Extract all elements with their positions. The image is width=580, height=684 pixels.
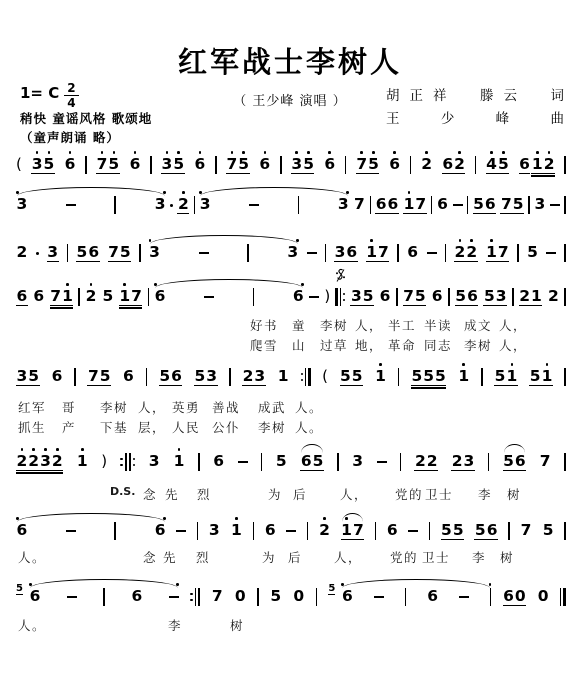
music-line-3: 235675333617622175 (16, 244, 566, 262)
octave-dot (408, 191, 411, 194)
note-group: 6 (341, 588, 353, 605)
repeat-begin-sign (335, 288, 345, 306)
repeat-both-sign (120, 453, 135, 471)
note: 5 (411, 368, 423, 385)
note-group: 2 (85, 288, 97, 305)
repeat-dot (133, 464, 135, 466)
note-group: 3 (199, 196, 211, 213)
barline (410, 156, 412, 174)
note: 3 (149, 244, 161, 261)
lyric-syllable: 过草 (320, 336, 348, 354)
barline (481, 368, 483, 386)
barline (564, 196, 566, 214)
note: 5 (542, 522, 554, 539)
dash (176, 530, 186, 532)
note: 5 (473, 196, 485, 213)
slur-arc (150, 235, 298, 244)
note: 1 (76, 453, 88, 470)
lyric-syllable: 后 (288, 548, 302, 566)
note-group: 6 (431, 288, 443, 305)
note: 2 (16, 453, 28, 470)
note: 5 (76, 244, 88, 261)
octave-dot (425, 151, 428, 154)
lyric-syllable: 念 (143, 548, 157, 566)
note: 1 (375, 368, 387, 385)
note-group: 3 (534, 196, 546, 213)
note: 3 (287, 244, 299, 261)
note: 5 (351, 368, 363, 385)
lyric-syllable: 卫士 (425, 485, 453, 503)
barline (261, 453, 263, 471)
lyric-row: 抓生产下基层，人民公仆李树人。 (16, 418, 580, 434)
note-group: 35 (161, 156, 185, 174)
note-group: 7 (539, 453, 551, 470)
note-group: 75 (403, 288, 427, 306)
note: 5 (529, 368, 541, 385)
octave-dot (264, 151, 267, 154)
barline (475, 156, 477, 174)
repeat-dots (120, 453, 122, 471)
note: 2 (466, 244, 478, 261)
note: 7 (520, 522, 532, 539)
note-group: 7 (520, 522, 532, 539)
note: 7 (497, 244, 509, 261)
segno-icon (335, 268, 346, 283)
lyric-syllable: 人， (499, 336, 527, 354)
note-group: 3 (208, 522, 220, 539)
barline (345, 156, 347, 174)
note-group: 1 (458, 368, 470, 385)
slur: 66 (16, 522, 166, 540)
lyric-syllable: 人， (340, 485, 368, 503)
note: 5 (340, 368, 352, 385)
octave-dot (69, 151, 72, 154)
music-line-7: 663162176555675 (16, 522, 566, 540)
note: 1 (458, 368, 470, 385)
lyric-syllable: 公仆 (212, 418, 240, 436)
note: 2 (421, 156, 433, 173)
dash (286, 530, 296, 532)
note: 2 (543, 156, 555, 173)
note: 5 (99, 368, 111, 385)
note-group: 75 (108, 244, 132, 262)
dash (67, 596, 77, 598)
note: 2 (519, 288, 531, 305)
octave-dot (177, 151, 180, 154)
slur: 33 (149, 244, 299, 262)
note: 5 (108, 156, 120, 173)
note: 5 (194, 368, 206, 385)
note: 6 (486, 522, 498, 539)
key-signature: 1= C 2 4 (20, 84, 79, 109)
note-group: 3 (148, 453, 160, 470)
lyric-syllable: 李 (168, 616, 182, 634)
note: 1 (486, 244, 498, 261)
note: 6 (379, 288, 391, 305)
note-group: 6 (389, 156, 401, 173)
dash (307, 252, 317, 254)
note: 3 (154, 196, 166, 213)
dash (374, 596, 384, 598)
note-group: 6 (123, 368, 135, 385)
octave-dot (166, 151, 169, 154)
note-group: 56 (159, 368, 183, 386)
note: 2 (177, 196, 189, 213)
note: 6 (213, 453, 225, 470)
note: 1 (366, 244, 378, 261)
lyric-syllable: 念 (143, 485, 157, 503)
note-group: 2 (16, 244, 28, 261)
note: 3 (334, 244, 346, 261)
note: 5 (312, 453, 324, 470)
credits-block: 胡正祥 滕云 词 王 少 峰 曲 (386, 84, 564, 130)
note: 3 (148, 453, 160, 470)
octave-dot (66, 283, 69, 286)
meter-denominator: 4 (64, 96, 78, 109)
barline (337, 453, 339, 471)
lyric-syllable: 人， (334, 548, 362, 566)
note: 3 (16, 196, 28, 213)
lyric-syllable: 人。 (295, 418, 323, 436)
lyric-syllable: 为 (262, 548, 276, 566)
note-group: 6 (33, 288, 45, 305)
note-group: 6 (131, 588, 143, 605)
note-group: 45 (486, 156, 510, 174)
lyric-syllable: 人。 (18, 548, 46, 566)
dash (377, 461, 387, 463)
lyric-syllable: 李 (478, 485, 492, 503)
note-group: 1 (375, 368, 387, 385)
slur-arc (17, 187, 165, 196)
barline (398, 368, 400, 386)
note: 5 (28, 368, 40, 385)
music-line-2: 3323376617656753 (16, 196, 566, 214)
note-group: 71 (50, 288, 74, 306)
lyric-syllable: 半工 (388, 316, 416, 334)
note-group: 555 (411, 368, 446, 386)
note: 0 (293, 588, 305, 605)
note-group: 6 (29, 588, 41, 605)
slur: 33 (199, 196, 349, 214)
music-line-1: (35675635675635675626245612 (16, 156, 566, 174)
lyric-syllable: 后 (293, 485, 307, 503)
octave-dot (323, 517, 326, 520)
barline (448, 288, 450, 306)
note: 5 (441, 522, 453, 539)
note: 6 (171, 368, 183, 385)
lyric-syllable: 成文 (464, 316, 492, 334)
slur-arc (155, 279, 303, 288)
note-group: 36 (334, 244, 358, 262)
note-group: 6 (194, 156, 206, 173)
octave-dot (372, 151, 375, 154)
note: 5 (414, 288, 426, 305)
note: 2 (454, 244, 466, 261)
note: 5 (303, 156, 315, 173)
note: 5 (362, 288, 374, 305)
note-group: 21 (519, 288, 543, 306)
octave-dot (182, 191, 185, 194)
note-group: 6 (64, 156, 76, 173)
barline (375, 522, 377, 540)
note: 6 (33, 288, 45, 305)
lyric-row: 红军哥李树人，英勇善战成武人。 (16, 398, 580, 414)
note: 0 (234, 588, 246, 605)
dash (238, 461, 248, 463)
note: 6 (123, 368, 135, 385)
lyric-syllable: 英勇 (172, 398, 200, 416)
note: 6 (346, 244, 358, 261)
meter-numerator: 2 (64, 82, 78, 96)
note-group: 6 (324, 156, 336, 173)
barline (490, 588, 492, 606)
note: 7 (131, 288, 143, 305)
note: 6 (484, 196, 496, 213)
note-group: 5 (542, 522, 554, 539)
repeat-dot (190, 599, 192, 601)
note-group: 65 (300, 453, 324, 471)
slur: 66 (29, 588, 179, 606)
dash (199, 252, 209, 254)
beam-group: 612 (519, 156, 555, 174)
note-group: 6 (292, 288, 304, 305)
note-group: 6 (154, 522, 166, 539)
note: 6 (427, 588, 439, 605)
slur-arc (200, 187, 348, 196)
barline (247, 244, 249, 262)
note-group: 5 (270, 588, 282, 605)
note-group: 3 (149, 244, 161, 261)
note: 5 (435, 368, 447, 385)
note-group: 6 (407, 244, 419, 261)
note: 5 (474, 522, 486, 539)
note: 5 (368, 156, 380, 173)
note: 6 (29, 588, 41, 605)
note: 2 (454, 156, 466, 173)
note-group: 60 (503, 588, 527, 606)
barline (229, 368, 231, 386)
composer-credit: 王 少 峰 曲 (386, 107, 564, 130)
note-group: 17 (341, 522, 365, 540)
note-group: 3 (47, 244, 59, 262)
lyric-syllable: 李树 (100, 398, 128, 416)
note: 2 (414, 453, 426, 470)
barline (429, 522, 431, 540)
repeat-dot (120, 458, 122, 460)
slur: 17 (341, 522, 365, 540)
dash (66, 204, 76, 206)
note-group: 75 (500, 196, 524, 214)
lyric-syllable: 李 (472, 548, 486, 566)
note: 7 (96, 156, 108, 173)
octave-dot (32, 448, 35, 451)
slur-arc (17, 513, 165, 522)
note-group: 6 (427, 588, 439, 605)
note: 7 (415, 196, 427, 213)
note: 6 (51, 368, 63, 385)
music-line-4: 6671251766)3567565653212 (16, 288, 566, 306)
note: 1 (62, 288, 74, 305)
barline (74, 368, 76, 386)
note: 7 (500, 196, 512, 213)
note: 3 (534, 196, 546, 213)
music-line-6: 22321)31656532223567 (16, 453, 566, 471)
note: 5 (119, 244, 131, 261)
note-group: 35 (350, 288, 374, 306)
barline (564, 453, 566, 471)
lyric-syllable: 抓生 (18, 418, 46, 436)
note: 2 (547, 288, 559, 305)
note: 3 (199, 196, 211, 213)
note-group: 75 (96, 156, 120, 174)
note: 1 (119, 288, 131, 305)
octave-dot (48, 151, 51, 154)
lyric-syllable: 成武 (258, 398, 286, 416)
barline (139, 244, 141, 262)
text-token: ( (322, 368, 328, 385)
note: 1 (531, 288, 543, 305)
note: 5 (497, 156, 509, 173)
barline (103, 588, 105, 606)
note-group: 2232 (16, 453, 63, 471)
note-group: 23 (451, 453, 475, 471)
time-signature: 2 4 (64, 82, 78, 109)
note: 5 (494, 368, 506, 385)
note: 3 (208, 522, 220, 539)
lyric-syllable: 童 (292, 316, 306, 334)
repeat-dot (133, 458, 135, 460)
barline (564, 288, 566, 306)
octave-dot (36, 151, 39, 154)
dash (204, 296, 214, 298)
note: 2 (242, 368, 254, 385)
note: 2 (16, 244, 28, 261)
dash (453, 204, 463, 206)
barline (307, 522, 309, 540)
augmentation-dot (36, 252, 39, 255)
note-group: 23 (242, 368, 266, 386)
tempo-style-line: 稍快 童谣风格 歌颂地 (20, 109, 152, 127)
note-group: 5 (275, 453, 287, 470)
dash (459, 596, 469, 598)
barline (148, 288, 150, 306)
barline (564, 156, 566, 174)
note: 3 (495, 288, 507, 305)
note: 7 (226, 156, 238, 173)
barline (528, 196, 530, 214)
lyric-syllable: 善战 (212, 398, 240, 416)
note-group: 35 (291, 156, 315, 174)
octave-dot (490, 239, 493, 242)
octave-dot (345, 517, 348, 520)
lyricist-credit: 胡正祥 滕云 词 (386, 84, 564, 107)
note: 7 (539, 453, 551, 470)
note: 2 (28, 453, 40, 470)
note-group: 17 (119, 288, 143, 306)
note: 4 (486, 156, 498, 173)
note: 6 (503, 588, 515, 605)
repeat-end-sign (301, 368, 311, 386)
note-group: 6 (264, 522, 276, 539)
lyric-syllable: 人， (138, 398, 166, 416)
note-group: 2 (177, 196, 189, 214)
note-group: 6 (16, 522, 28, 539)
grace-note: 5 (328, 584, 335, 595)
note-group: 75 (356, 156, 380, 174)
barline (298, 196, 300, 214)
slur-arc (30, 579, 178, 588)
note: 5 (452, 522, 464, 539)
barline (215, 156, 217, 174)
lyric-syllable: 烈 (196, 548, 210, 566)
dash (408, 530, 418, 532)
note: 6 (324, 156, 336, 173)
note: 3 (350, 288, 362, 305)
lyric-syllable: D.S. (110, 485, 135, 498)
barline (564, 368, 566, 386)
dash (66, 530, 76, 532)
note-group: 1 (277, 368, 289, 385)
note-group: 56 (473, 196, 497, 214)
note-group: 3 (352, 453, 364, 470)
note-group: 56 (455, 288, 479, 306)
octave-dot (536, 151, 539, 154)
lyric-syllable: 产 (62, 418, 76, 436)
lyric-syllable: 卫士 (422, 548, 450, 566)
repeat-dot (120, 464, 122, 466)
lyric-syllable: 人。 (18, 616, 46, 634)
repeat-dot (301, 373, 303, 375)
repeat-dots (343, 288, 345, 306)
repeat-bar (563, 588, 566, 606)
repeat-bar (129, 453, 131, 471)
music-line-8: 5667050566600 (16, 588, 566, 606)
note: 7 (403, 288, 415, 305)
lyric-syllable: 山 (292, 336, 306, 354)
note: 6 (467, 288, 479, 305)
octave-dot (502, 151, 505, 154)
note: 6 (375, 196, 387, 213)
note: 1 (403, 196, 415, 213)
music-line-5: 3567565653231(55155515151 (16, 368, 566, 386)
lyric-syllable: 同志 (424, 336, 452, 354)
dash (169, 596, 179, 598)
lyric-syllable: 李树 (464, 336, 492, 354)
lyric-syllable: 红军 (18, 398, 46, 416)
note: 1 (541, 368, 553, 385)
note: 6 (341, 588, 353, 605)
octave-dot (546, 363, 549, 366)
slur: 56 (503, 453, 527, 471)
lyric-syllable: 李树 (258, 418, 286, 436)
note-group: 55 (340, 368, 364, 386)
note-group: 51 (494, 368, 518, 386)
note-group: 6 (386, 522, 398, 539)
repeat-dot (343, 293, 345, 295)
lyric-row: 好书童李树人，半工半读成文人， (16, 316, 580, 332)
octave-dot (21, 448, 24, 451)
barline (146, 368, 148, 386)
barline (280, 156, 282, 174)
note: 6 (300, 453, 312, 470)
note: 2 (426, 453, 438, 470)
text-token: ( (16, 156, 22, 173)
lyric-syllable: 爬雪 (250, 336, 278, 354)
barline (85, 156, 87, 174)
octave-dot (235, 517, 238, 520)
dash (427, 252, 437, 254)
note-group: 3 (154, 196, 166, 213)
